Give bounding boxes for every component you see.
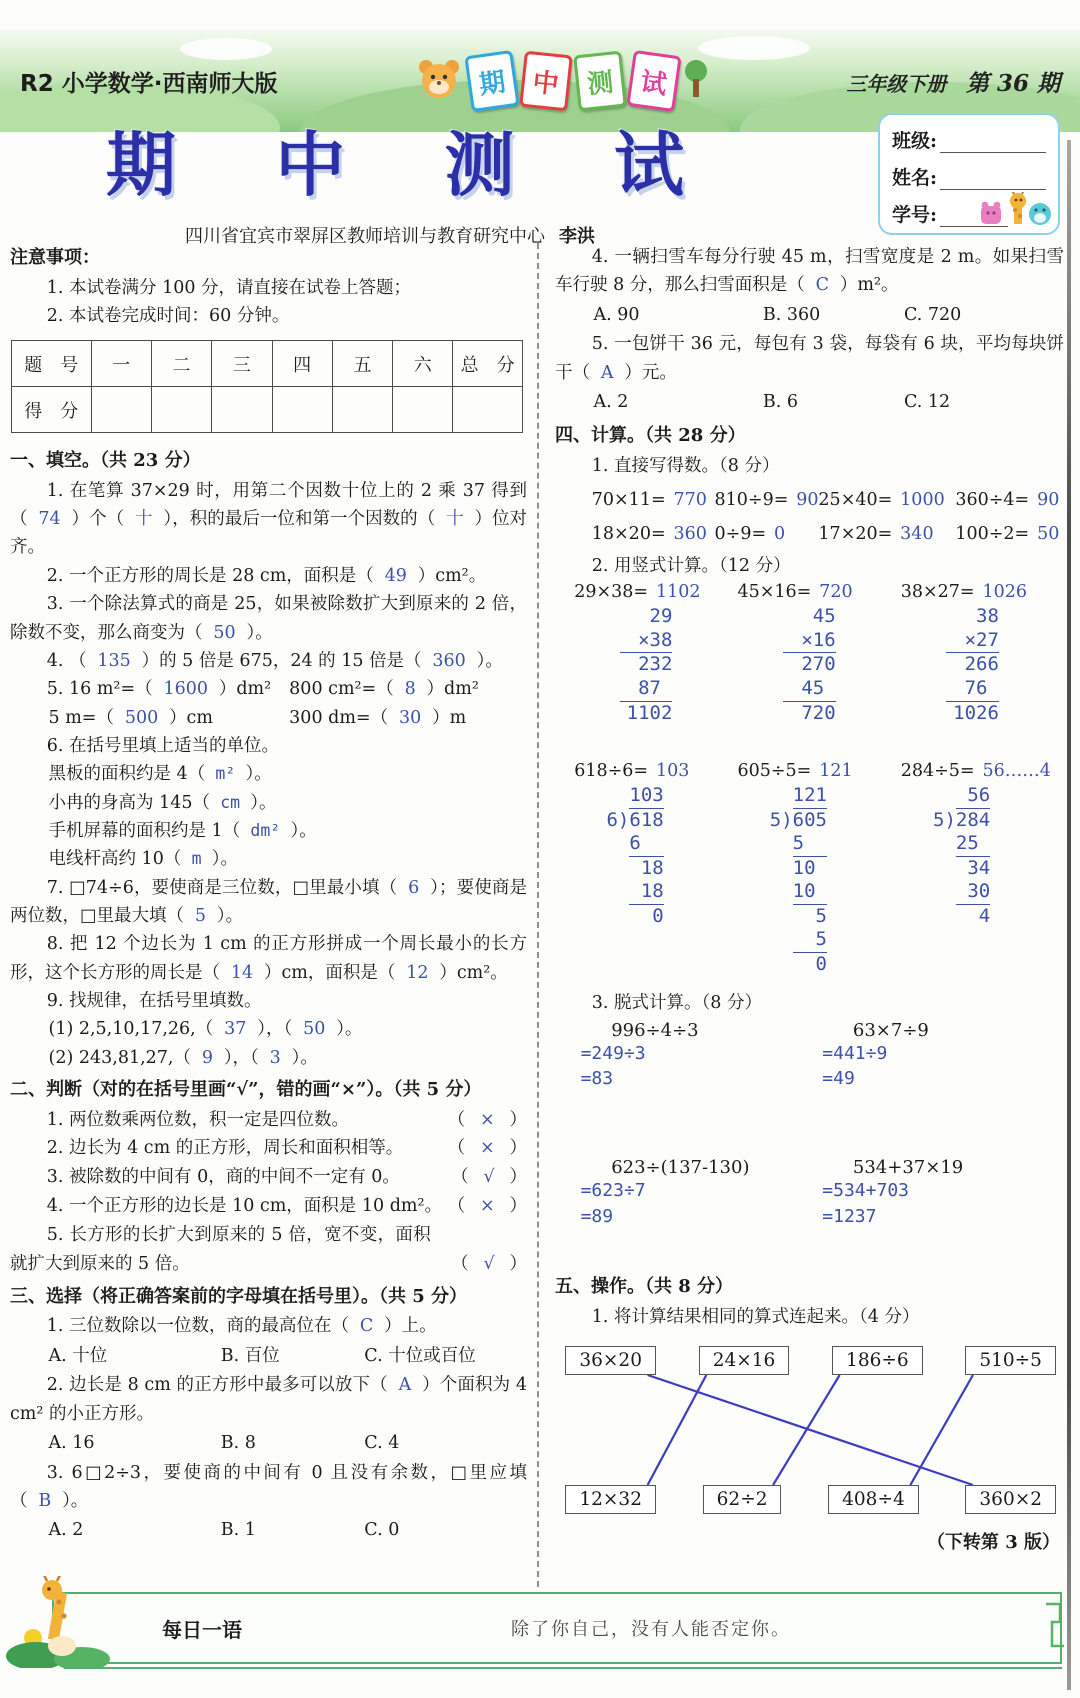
question-paragraph: 电线杆高约 10（m）。: [10, 845, 527, 873]
work-line: ×16: [783, 629, 836, 654]
score-table-header-cell: 四: [272, 341, 332, 387]
question-text-segment: ）。: [62, 1491, 88, 1511]
question-text-segment: ）上。: [384, 1316, 437, 1336]
subsection-heading: 2. 用竖式计算。（12 分）: [555, 551, 1064, 583]
work-line: 1026: [946, 702, 999, 726]
page-title: 期中测试: [70, 126, 720, 203]
paren: （: [451, 1254, 469, 1274]
work-expression: 605÷5=121: [737, 761, 900, 781]
direct-write-item: 70×11=770: [592, 483, 715, 517]
expression: 810÷9=: [715, 490, 789, 510]
logo-tile: 期: [464, 50, 519, 112]
long-division-row: 618÷6=1031036)618618180605÷5=1211215)605…: [555, 761, 1064, 976]
answer-value: 十: [124, 509, 163, 529]
judge-item: 1. 两位数乘两位数，积一定是四位数。（×）: [10, 1106, 527, 1135]
vertical-multiplication-row: 29×38=110229×3823287110245×16=72045×1627…: [555, 582, 1064, 725]
work-line: 87: [620, 677, 673, 702]
answer-value: 37: [213, 1019, 257, 1039]
expression: 360÷4=: [955, 490, 1029, 510]
paren: ）: [510, 1167, 528, 1187]
judge-answer: （×）: [448, 1134, 527, 1163]
answer-value: 500: [114, 708, 169, 728]
question-text-segment: ）。: [250, 793, 276, 813]
vertical-multiplication: 38×27=102638×27266761026: [901, 582, 1064, 725]
step-calculation: 996÷4÷3=249÷3=83: [581, 1020, 823, 1091]
choice-option: B. 360: [763, 300, 904, 331]
question-text-segment: 电线杆高约 10（: [49, 849, 182, 869]
calculation-step: =1237: [822, 1204, 1064, 1229]
question-text-segment: ）dm²: [219, 679, 271, 699]
direct-write-item: 17×20=340: [818, 517, 955, 551]
question-text-segment: ）个（: [72, 509, 125, 529]
expression-box: 510÷5: [965, 1346, 1056, 1375]
direct-write-item: 0÷9=0: [715, 517, 819, 551]
quotient: 121: [793, 784, 827, 809]
question-text-segment: 黑板的面积约是 4（: [49, 764, 206, 784]
question-paragraph: 3. 一个除法算式的商是 25，如果被除数扩大到原来的 2 倍，除数不变，那么商…: [10, 590, 527, 647]
question-text-segment: (2) 243,81,27,（: [49, 1048, 191, 1068]
field-label: 学号:: [892, 200, 937, 227]
answer-value: 8: [394, 679, 427, 699]
match-line: [773, 1375, 840, 1485]
choice-option: C. 十位或百位: [364, 1341, 527, 1372]
step-calculation-row: 623÷(137-130)=623÷7=89534+37×19=534+703=…: [555, 1157, 1064, 1228]
title-character: 中: [275, 126, 345, 203]
paren: ）: [510, 1254, 528, 1274]
division-step: 25: [956, 832, 990, 857]
work-line: 720: [783, 702, 836, 726]
expression: 100÷2=: [955, 524, 1029, 544]
question-text-segment: ），（: [257, 1019, 292, 1039]
logo-tile: 测: [573, 51, 627, 112]
expression-box: 360×2: [965, 1485, 1056, 1514]
question-paragraph: 3. 6□2÷3，要使商的中间有 0 且没有余数，□里应填（B）。: [10, 1459, 527, 1516]
expression-box: 408÷4: [828, 1485, 919, 1514]
question-paragraph: 黑板的面积约是 4（m²）。: [10, 760, 527, 788]
judge-answer: （×）: [448, 1106, 527, 1135]
expression: 25×40=: [818, 490, 892, 510]
continuation-note: （下转第 3 版）: [555, 1528, 1064, 1554]
question-paragraph: 1. 在笔算 37×29 时，用第二个因数十位上的 2 乘 37 得到（74）个…: [10, 477, 527, 562]
division-step: 4: [956, 905, 990, 929]
answer-value: 1000: [892, 490, 944, 510]
division-step: 0: [629, 905, 663, 929]
daily-quote-label: 每日一语: [162, 1614, 242, 1643]
section-heading: 一、填空。（共 23 分）: [10, 445, 527, 477]
judge-text: 3. 被除数的中间有 0，商的中间不一定有 0。: [10, 1163, 451, 1192]
dividend: 284: [956, 809, 990, 833]
question-text-segment: ）。: [477, 651, 503, 671]
question-paragraph: 小冉的身高为 145（cm）。: [10, 789, 527, 817]
work-expression: 29×38=1102: [574, 582, 737, 602]
score-table-cell: [453, 387, 522, 433]
question-text-segment: ）。: [290, 821, 316, 841]
question-text-segment: 2. 本试卷完成时间：60 分钟。: [47, 306, 290, 326]
score-table-header-cell: 六: [393, 341, 453, 387]
direct-write-item: 25×40=1000: [818, 483, 955, 517]
logo-tile: 试: [626, 50, 681, 112]
question-text-segment: ）cm²。: [439, 963, 507, 983]
answer-value: C: [349, 1316, 384, 1336]
question-text-segment: 1. 三位数除以一位数，商的最高位在（: [47, 1316, 349, 1336]
left-column: 注意事项：1. 本试卷满分 100 分，请直接在试卷上答题；2. 本试卷完成时间…: [10, 243, 537, 1587]
question-text-segment: ），（: [224, 1048, 259, 1068]
work-expression: 618÷6=103: [574, 761, 737, 781]
work-lines: 29×38232871102: [620, 605, 673, 725]
question-paragraph: 8. 把 12 个边长为 1 cm 的正方形拼成一个周长最小的长方形，这个长方形…: [10, 930, 527, 987]
grade-label: 三年级下册: [846, 72, 946, 96]
midterm-test-logo: 期中测试: [416, 53, 708, 109]
work-line: 266: [946, 653, 999, 677]
subsection-heading: 1. 将计算结果相同的算式连起来。（4 分）: [555, 1302, 1064, 1334]
divisor: 6): [606, 809, 629, 833]
section-heading: 三、选择（将正确答案前的字母填在括号里）。（共 5 分）: [10, 1281, 527, 1313]
answer-value: 720: [811, 582, 852, 602]
judge-answer: （√）: [451, 1163, 527, 1192]
division-step: 0: [793, 953, 827, 977]
step-calculation: 534+37×19=534+703=1237: [822, 1157, 1064, 1228]
choice-options: A. 十位B. 百位C. 十位或百位: [10, 1341, 527, 1372]
paren: （: [451, 1167, 469, 1187]
choice-option: A. 2: [49, 1515, 221, 1546]
choice-option: B. 百位: [221, 1341, 365, 1372]
choice-option: C. 720: [904, 300, 1064, 331]
long-division: 605÷5=1211215)60551010550: [737, 761, 900, 976]
equation-cell: 5. 16 m²=（1600）dm²: [10, 675, 289, 703]
expression: 618÷6=: [574, 761, 648, 781]
paren: （: [448, 1196, 466, 1216]
score-table-cell: [272, 387, 332, 433]
division-step: 34: [956, 857, 990, 881]
score-table-cell: 得 分: [12, 387, 92, 433]
question-text-segment: ）m: [432, 708, 466, 728]
answer-value: 0: [766, 524, 785, 544]
calculation-step: =623÷7: [581, 1178, 823, 1203]
question-text-segment: ）。: [292, 1048, 318, 1068]
question-text-segment: ），积的最后一位和第一个因数的（: [163, 509, 435, 529]
expression: 70×11=: [592, 490, 666, 510]
answer-value: 50: [1029, 524, 1059, 544]
answer-value: 50: [203, 623, 247, 643]
answer-value: 135: [87, 651, 142, 671]
issue-label: 第 36 期: [966, 70, 1060, 97]
score-table-cell: [212, 387, 272, 433]
answer-value: 9: [191, 1048, 224, 1068]
subsection-heading: 1. 直接写得数。（8 分）: [555, 451, 1064, 483]
vertical-multiplication: 29×38=110229×38232871102: [574, 582, 737, 725]
test-paper-page: R2 小学数学·西南师大版 期中测试: [0, 0, 1080, 1698]
score-table-cell: [151, 387, 211, 433]
choice-option: C. 12: [904, 387, 1064, 418]
question-paragraph: 手机屏幕的面积约是 1（dm²）。: [10, 817, 527, 845]
answer-value: 1102: [648, 582, 700, 602]
expression-box: 62÷2: [703, 1485, 782, 1514]
match-line: [911, 1375, 974, 1485]
score-table-score-row: 得 分: [12, 387, 523, 433]
score-table-header-cell: 三: [212, 341, 272, 387]
choice-option: B. 6: [763, 387, 904, 418]
work-line: ×38: [620, 629, 673, 654]
answer-value: 14: [220, 963, 264, 983]
score-table-cell: [332, 387, 392, 433]
choice-option: C. 0: [364, 1515, 527, 1546]
equation-cell: 5 m=（500）cm: [10, 704, 289, 732]
judge-answer-line: （√）: [451, 1250, 527, 1279]
division-step: 5: [793, 928, 827, 953]
score-table-header-row: 题 号一二三四五六总 分: [12, 341, 523, 387]
judge-answer-mark: √: [469, 1167, 510, 1187]
matching-exercise: 36×2024×16186÷6510÷512×3262÷2408÷4360×2: [561, 1346, 1060, 1514]
division-step: 10: [793, 880, 827, 905]
question-text-segment: ）cm: [169, 708, 213, 728]
question-paragraph: 2. 本试卷完成时间：60 分钟。: [10, 302, 527, 330]
choice-option: B. 1: [221, 1515, 365, 1546]
section-heading: 五、操作。（共 8 分）: [555, 1271, 1064, 1303]
division-work: 1036)618618180: [606, 784, 663, 928]
judge-answer: （√）: [451, 1254, 527, 1274]
equation-cell: 800 cm²=（8）dm²: [289, 675, 527, 703]
answer-value: 12: [395, 963, 439, 983]
question-text-segment: ）。: [212, 849, 238, 869]
student-info-field: 姓名:: [892, 163, 1046, 190]
work-line: ×27: [946, 629, 999, 654]
answer-value: 30: [388, 708, 432, 728]
question-paragraph: 9. 找规律，在括号里填数。: [10, 987, 527, 1015]
choice-option: A. 90: [594, 300, 763, 331]
question-text-segment: ）。: [336, 1019, 362, 1039]
answer-value: 6: [397, 878, 430, 898]
answer-value: 1600: [153, 679, 219, 699]
step-calculation-row: 996÷4÷3=249÷3=8363×7÷9=441÷9=49: [555, 1020, 1064, 1091]
work-line: 232: [620, 653, 673, 677]
work-lines: 45×1627045720: [783, 605, 836, 725]
score-table-header-cell: 一: [91, 341, 151, 387]
score-table-header-cell: 题 号: [12, 341, 92, 387]
answer-value: C: [805, 275, 840, 295]
question-text-segment: 1. 本试卷满分 100 分，请直接在试卷上答题；: [47, 278, 411, 298]
question-text-segment: ）。: [246, 623, 272, 643]
score-table-cell: [393, 387, 453, 433]
page-edge-shadow: [1067, 140, 1071, 1690]
title-character: 试: [614, 126, 684, 203]
question-paragraph: 4. 一辆扫雪车每分行驶 45 m，扫雪宽度是 2 m。如果扫雪车行驶 8 分，…: [555, 243, 1064, 300]
score-table-header-cell: 二: [151, 341, 211, 387]
spacer: [555, 725, 1064, 761]
calculation-step: =534+703: [822, 1178, 1064, 1203]
division-step: 18: [629, 857, 663, 881]
division-step: 5: [793, 905, 827, 929]
calculation-step: =441÷9: [822, 1041, 1064, 1066]
equation-row: 5 m=（500）cm300 dm=（30）m: [10, 704, 527, 732]
answer-value: 90: [788, 490, 818, 510]
question-text-segment: 9. 找规律，在括号里填数。: [47, 991, 262, 1011]
tree-icon: [684, 59, 708, 103]
giraffe-illustration: [6, 1576, 114, 1672]
work-line: 76: [946, 677, 999, 702]
direct-write-item: 360÷4=90: [955, 483, 1064, 517]
calculation-step: =49: [822, 1066, 1064, 1091]
vertical-multiplication: 45×16=72045×1627045720: [737, 582, 900, 725]
question-paragraph: 5. 一包饼干 36 元，每包有 3 袋，每袋有 6 块，平均每块饼干（A）元。: [555, 330, 1064, 387]
daily-quote-text: 除了你自己，没有人能否定你。: [242, 1615, 1060, 1641]
score-table-cell: [91, 387, 151, 433]
fill-in-line: [940, 169, 1046, 190]
judge-text: 1. 两位数乘两位数，积一定是四位数。: [10, 1106, 448, 1135]
question-text-segment: (1) 2,5,10,17,26,（: [49, 1019, 214, 1039]
question-paragraph: (1) 2,5,10,17,26,（37），（50）。: [10, 1015, 527, 1043]
answer-value: 56……4: [975, 761, 1051, 781]
direct-write-row: 18×20=3600÷9=017×20=340100÷2=50: [592, 517, 1064, 551]
question-text-segment: ）的 5 倍是 675，24 的 15 倍是（: [142, 651, 422, 671]
question-paragraph: 1. 三位数除以一位数，商的最高位在（C）上。: [10, 1312, 527, 1340]
question-paragraph: 7. □74÷6，要使商是三位数，□里最小填（6）；要使商是两位数，□里最大填（…: [10, 874, 527, 931]
work-line: 38: [946, 605, 999, 629]
direct-write-item: 810÷9=90: [715, 483, 819, 517]
question-paragraph: 4. （135）的 5 倍是 675，24 的 15 倍是（360）。: [10, 647, 527, 675]
question-paragraph: 2. 边长是 8 cm 的正方形中最多可以放下（A）个面积为 4 cm² 的小正…: [10, 1371, 527, 1428]
right-column: 4. 一辆扫雪车每分行驶 45 m，扫雪宽度是 2 m。如果扫雪车行驶 8 分，…: [537, 243, 1064, 1587]
spacer: [555, 1091, 1064, 1157]
logo-tiles: 期中测试: [468, 53, 678, 109]
section-heading: 二、判断（对的在括号里画“√”，错的画“×”）。（共 5 分）: [10, 1074, 527, 1106]
judge-item: 3. 被除数的中间有 0，商的中间不一定有 0。（√）: [10, 1163, 527, 1192]
answer-value: 103: [648, 761, 689, 781]
work-expression: 284÷5=56……4: [901, 761, 1064, 781]
expression: 605÷5=: [737, 761, 811, 781]
choice-option: A. 16: [49, 1428, 221, 1459]
question-text-segment: 2. 边长是 8 cm 的正方形中最多可以放下（: [47, 1375, 388, 1395]
question-text-segment: 7. □74÷6，要使商是三位数，□里最小填（: [47, 878, 397, 898]
judge-answer-mark: √: [469, 1254, 510, 1274]
answer-value: 360: [422, 651, 477, 671]
expression: 63×7÷9: [822, 1020, 1064, 1041]
paper-body: 注意事项：1. 本试卷满分 100 分，请直接在试卷上答题；2. 本试卷完成时间…: [10, 243, 1064, 1587]
direct-write-item: 18×20=360: [592, 517, 715, 551]
step-calculation: 623÷(137-130)=623÷7=89: [581, 1157, 823, 1228]
direct-write-grid: 70×11=770810÷9=9025×40=1000360÷4=9018×20…: [555, 483, 1064, 551]
answer-value: 340: [892, 524, 933, 544]
answer-value: B: [28, 1491, 63, 1511]
paren: （: [448, 1138, 466, 1158]
choice-options: A. 2B. 1C. 0: [10, 1515, 527, 1546]
paren: ）: [510, 1110, 528, 1130]
answer-value: 5: [184, 906, 217, 926]
expression: 17×20=: [818, 524, 892, 544]
choice-options: A. 16B. 8C. 4: [10, 1428, 527, 1459]
question-text-segment: 800 cm²=（: [289, 679, 394, 699]
work-line: 45: [783, 605, 836, 629]
subsection-heading: 3. 脱式计算。（8 分）: [555, 988, 1064, 1020]
division-work: 565)2842534304: [933, 784, 990, 928]
dividend: 618: [629, 809, 663, 833]
title-character: 期: [106, 126, 176, 203]
answer-value: 74: [28, 509, 72, 529]
judge-text: 4. 一个正方形的边长是 10 cm，面积是 10 dm²。: [10, 1192, 448, 1221]
long-division: 618÷6=1031036)618618180: [574, 761, 737, 976]
spacer: [555, 1229, 1064, 1269]
choice-option: B. 8: [221, 1428, 365, 1459]
answer-value: A: [388, 1375, 422, 1395]
score-table-header-cell: 五: [332, 341, 392, 387]
answer-value: 770: [666, 490, 707, 510]
question-paragraph: 1. 本试卷满分 100 分，请直接在试卷上答题；: [10, 274, 527, 302]
choice-option: C. 4: [364, 1428, 527, 1459]
answer-value: 3: [259, 1048, 292, 1068]
judge-item: 5. 长方形的长扩大到原来的 5 倍，宽不变，面积就扩大到原来的 5 倍。（√）: [10, 1221, 527, 1279]
expression-box: 24×16: [699, 1346, 790, 1375]
question-paragraph: 2. 一个正方形的周长是 28 cm，面积是（49）cm²。: [10, 562, 527, 590]
logo-tile: 中: [519, 51, 573, 112]
expression: 0÷9=: [715, 524, 767, 544]
question-text-segment: ）cm²。: [418, 566, 486, 586]
match-line: [648, 1375, 707, 1485]
fill-in-line: [940, 132, 1046, 153]
question-text-segment: 6. 在括号里填上适当的单位。: [47, 736, 279, 756]
choice-option: A. 2: [594, 387, 763, 418]
expression-box: 186÷6: [832, 1346, 923, 1375]
long-division: 284÷5=56……4565)2842534304: [901, 761, 1064, 976]
dividend: 605: [793, 809, 827, 833]
answer-value: 50: [292, 1019, 336, 1039]
question-paragraph: 6. 在括号里填上适当的单位。: [10, 732, 527, 760]
step-calculation: 63×7÷9=441÷9=49: [822, 1020, 1064, 1091]
work-line: 270: [783, 653, 836, 677]
question-text-segment: 5 m=（: [49, 708, 114, 728]
work-expression: 45×16=720: [737, 582, 900, 602]
question-text-segment: ）。: [246, 764, 272, 784]
notice-heading: 注意事项：: [10, 243, 527, 274]
equation-cell: 300 dm=（30）m: [289, 704, 527, 732]
answer-value: 121: [811, 761, 852, 781]
answer-value: A: [590, 363, 624, 383]
answer-value: dm²: [240, 821, 290, 840]
expression: 534+37×19: [822, 1157, 1064, 1178]
answer-value: 90: [1029, 490, 1059, 510]
expression: 38×27=: [901, 582, 975, 602]
answer-value: 360: [666, 524, 707, 544]
direct-write-item: 100÷2=50: [955, 517, 1064, 551]
answer-value: 十: [435, 509, 474, 529]
divisor: 5): [770, 809, 793, 833]
paren: （: [448, 1110, 466, 1130]
question-text-segment: 4. （: [47, 651, 87, 671]
footer-bracket-decoration: [1044, 1602, 1066, 1658]
judge-item: 2. 边长为 4 cm 的正方形，周长和面积相等。（×）: [10, 1134, 527, 1163]
title-character: 测: [445, 126, 515, 203]
choice-options: A. 2B. 6C. 12: [555, 387, 1064, 418]
section-heading: 四、计算。（共 28 分）: [555, 420, 1064, 452]
question-text-segment: 小冉的身高为 145（: [49, 793, 210, 813]
spacer: [555, 976, 1064, 988]
equation-row: 5. 16 m²=（1600）dm²800 cm²=（8）dm²: [10, 675, 527, 703]
judge-answer-mark: ×: [465, 1138, 509, 1158]
grade-issue-label: 三年级下册 第 36 期: [846, 65, 1060, 98]
answer-value: 1026: [975, 582, 1027, 602]
answer-value: 49: [374, 566, 418, 586]
work-line: 1102: [620, 702, 673, 726]
judge-answer-mark: ×: [465, 1196, 509, 1216]
divisor: 5): [933, 809, 956, 833]
mascot-icons: [980, 192, 1052, 230]
answer-value: m²: [205, 764, 245, 783]
field-label: 姓名:: [892, 163, 937, 190]
masthead-row: R2 小学数学·西南师大版 期中测试: [0, 30, 1080, 132]
work-lines: 38×27266761026: [946, 605, 999, 725]
division-work: 1215)60551010550: [770, 784, 827, 976]
expression: 996÷4÷3: [581, 1020, 823, 1041]
work-line: 29: [620, 605, 673, 629]
question-text-segment: ）cm，面积是（: [264, 963, 395, 983]
